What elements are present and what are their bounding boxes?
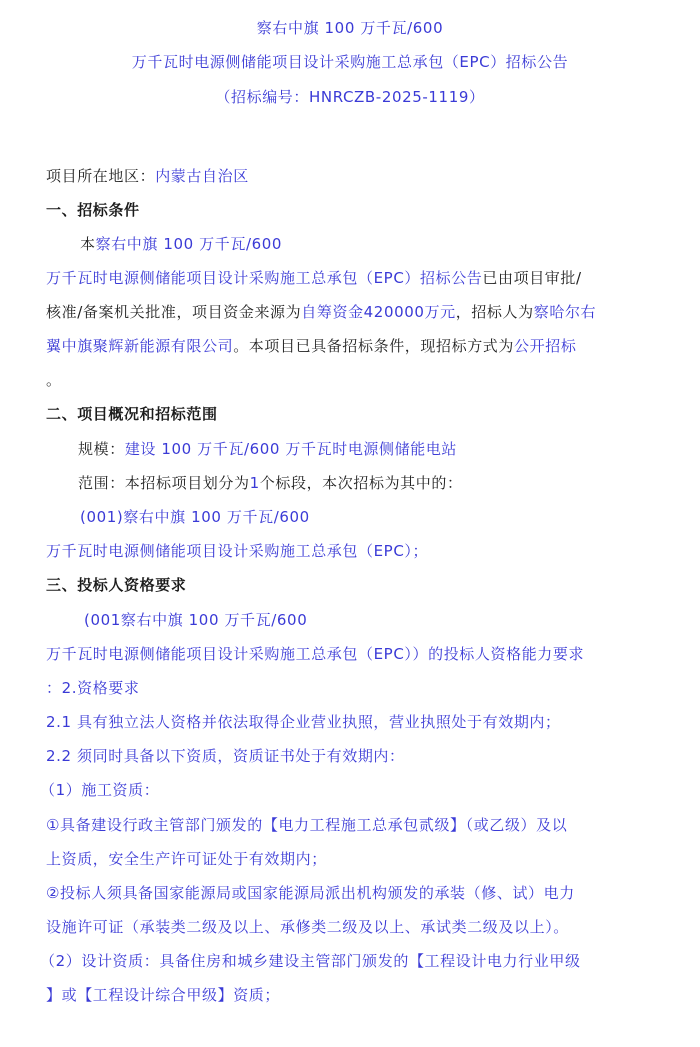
title-line-2: 万千瓦时电源侧储能项目设计采购施工总承包（EPC）招标公告 xyxy=(0,52,700,72)
text: 已由项目审批/ xyxy=(482,269,581,287)
tenderer-name: 察哈尔右 xyxy=(534,303,596,321)
fund-source: 自筹资金420000万元 xyxy=(301,303,455,321)
section-1-para-line-4: 翼中旗聚辉新能源有限公司。本项目已具备招标条件，现招标方式为公开招标 xyxy=(46,336,576,356)
text: 范围：本招标项目划分为 xyxy=(78,474,250,492)
construction-item-1-line-2: 上资质，安全生产许可证处于有效期内； xyxy=(46,849,327,869)
project-name: 万千瓦时电源侧储能项目设计采购施工总承包（EPC）招标公告 xyxy=(46,269,482,287)
text: ，招标人为 xyxy=(456,303,534,321)
construction-qualification-heading: （1）施工资质： xyxy=(40,780,159,800)
text: 。本项目已具备招标条件，现招标方式为 xyxy=(233,337,514,355)
location-value: 内蒙古自治区 xyxy=(155,167,249,185)
tender-method: 公开招标 xyxy=(514,337,576,355)
design-qualification-line-1: （2）设计资质：具备住房和城乡建设主管部门颁发的【工程设计电力行业甲级 xyxy=(40,951,581,971)
section-2-heading: 二、项目概况和招标范围 xyxy=(46,404,218,424)
item-2-2: 2.2 须同时具备以下资质，资质证书处于有效期内： xyxy=(46,746,405,766)
title-line-1: 察右中旗 100 万千瓦/600 xyxy=(0,18,700,38)
location-label: 项目所在地区： xyxy=(46,167,155,185)
lot-line-2: 万千瓦时电源侧储能项目设计采购施工总承包（EPC）； xyxy=(46,541,428,561)
scope-line: 范围：本招标项目划分为1个标段，本次招标为其中的： xyxy=(78,473,463,493)
tenderer-name: 翼中旗聚辉新能源有限公司 xyxy=(46,337,233,355)
requirement-line-3: ：2.资格要求 xyxy=(46,678,140,698)
project-name: 察右中旗 100 万千瓦/600 xyxy=(96,235,282,253)
scale-value: 建设 100 万千瓦/600 万千瓦时电源侧储能电站 xyxy=(125,440,457,458)
scale-line: 规模：建设 100 万千瓦/600 万千瓦时电源侧储能电站 xyxy=(78,439,457,459)
section-1-para-line-1: 本察右中旗 100 万千瓦/600 xyxy=(80,234,282,254)
lot-count: 1 xyxy=(250,474,260,492)
section-3-heading: 三、投标人资格要求 xyxy=(46,575,186,595)
text: 核准/备案机关批准，项目资金来源为 xyxy=(46,303,301,321)
section-1-heading: 一、招标条件 xyxy=(46,200,140,220)
project-location: 项目所在地区：内蒙古自治区 xyxy=(46,166,249,186)
design-qualification-line-2: 】或【工程设计综合甲级】资质； xyxy=(46,985,280,1005)
requirement-line-2: 万千瓦时电源侧储能项目设计采购施工总承包（EPC））的投标人资格能力要求 xyxy=(46,644,584,664)
tender-number: （招标编号：HNRCZB-2025-1119） xyxy=(0,87,700,107)
text: 本 xyxy=(80,235,96,253)
item-2-1: 2.1 具有独立法人资格并依法取得企业营业执照，营业执照处于有效期内； xyxy=(46,712,561,732)
construction-item-2-line-2: 设施许可证（承装类二级及以上、承修类二级及以上、承试类二级及以上）。 xyxy=(46,917,569,937)
lot-line-1: (001)察右中旗 100 万千瓦/600 xyxy=(80,507,310,527)
section-1-para-line-2: 万千瓦时电源侧储能项目设计采购施工总承包（EPC）招标公告已由项目审批/ xyxy=(46,268,582,288)
requirement-line-1: (001察右中旗 100 万千瓦/600 xyxy=(84,610,307,630)
section-1-para-line-3: 核准/备案机关批准，项目资金来源为自筹资金420000万元，招标人为察哈尔右 xyxy=(46,302,596,322)
scale-label: 规模： xyxy=(78,440,125,458)
tender-number-text: （招标编号：HNRCZB-2025-1119） xyxy=(215,88,484,106)
section-1-period: 。 xyxy=(46,370,62,390)
construction-item-2-line-1: ②投标人须具备国家能源局或国家能源局派出机构颁发的承装（修、试）电力 xyxy=(46,883,575,903)
text: 个标段，本次招标为其中的： xyxy=(260,474,463,492)
construction-item-1-line-1: ①具备建设行政主管部门颁发的【电力工程施工总承包贰级】（或乙级）及以 xyxy=(46,815,567,835)
